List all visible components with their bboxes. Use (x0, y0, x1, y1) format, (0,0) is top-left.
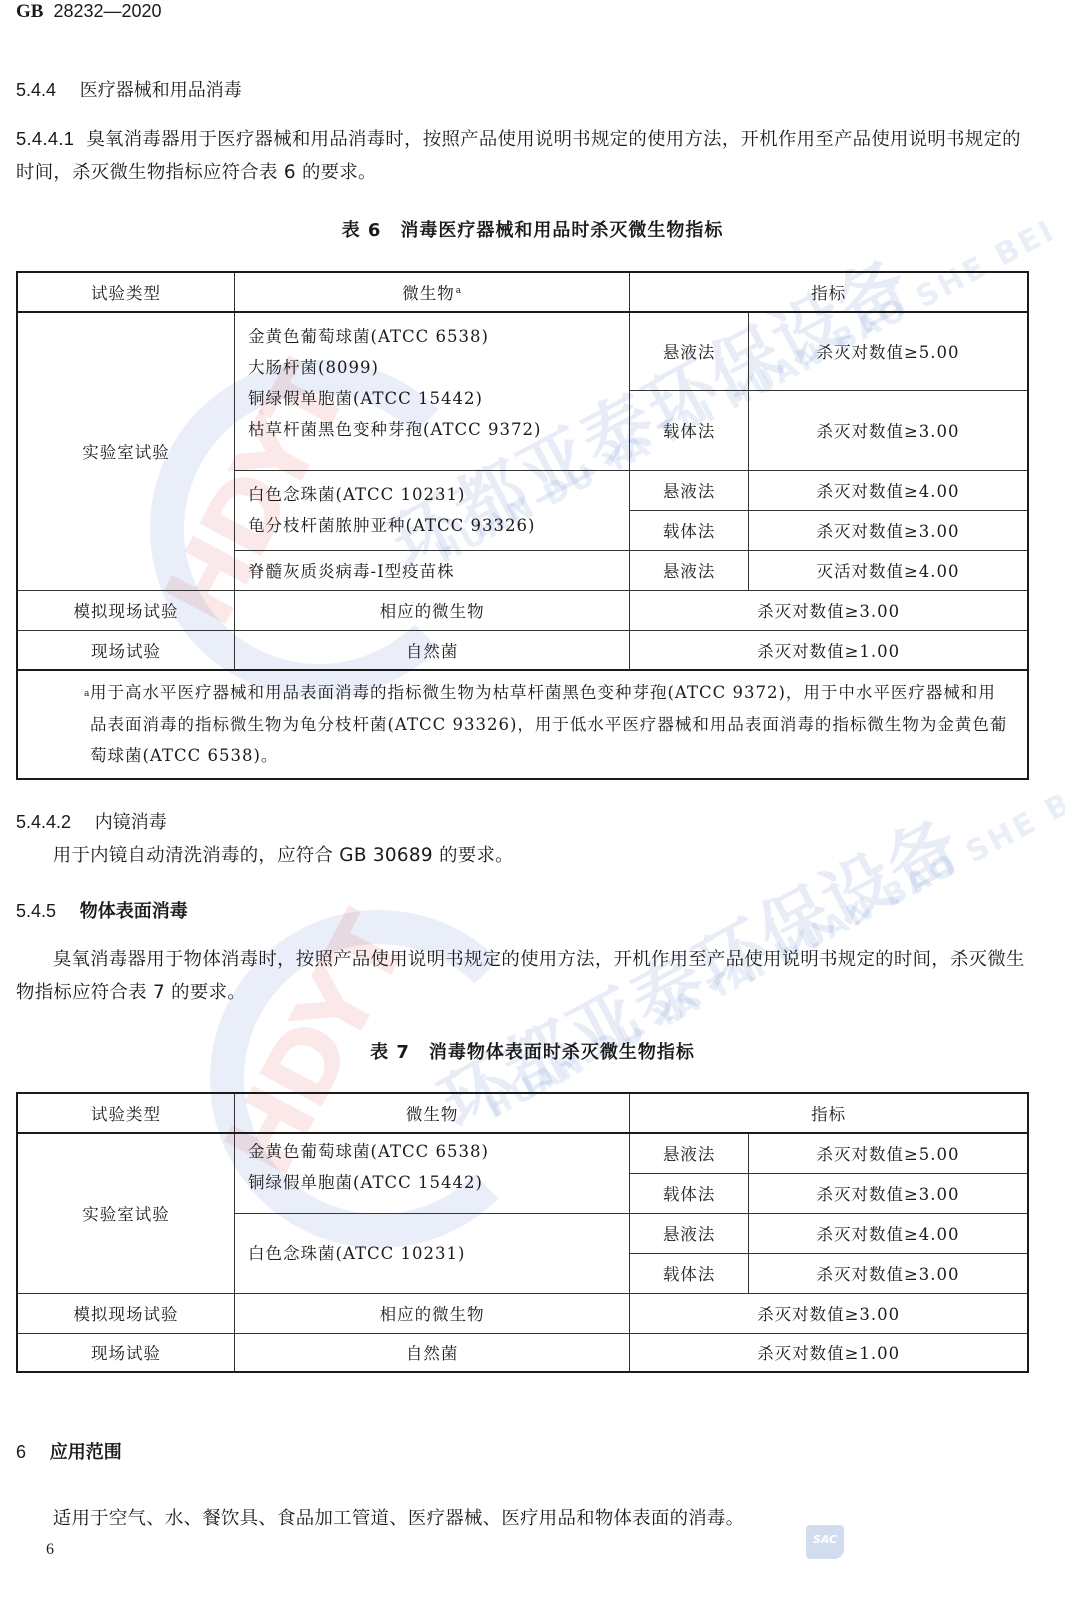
section-title: 物体表面消毒 (80, 901, 188, 922)
method-cell: 载体法 (630, 1173, 749, 1213)
field-value: 杀灭对数值≥1.00 (630, 1333, 1028, 1372)
method-cell: 载体法 (630, 390, 749, 470)
section-title: 内镜消毒 (95, 812, 167, 833)
lab-test-label: 实验室试验 (17, 1133, 235, 1293)
section-heading-5-4-4: 5.4.4 医疗器械和用品消毒 (16, 76, 242, 102)
standard-number: 28232—2020 (53, 1, 161, 21)
table-row: 实验室试验 金黄色葡萄球菌(ATCC 6538) 铜绿假单胞菌(ATCC 154… (17, 1133, 1028, 1173)
microbe-item: 大肠杆菌(8099) (248, 352, 629, 383)
header-microbe: 微生物 (235, 1093, 630, 1133)
field-microbe: 自然菌 (235, 630, 630, 670)
microbe-item: 脊髓灰质炎病毒-Ⅰ型疫苗株 (235, 550, 630, 590)
table-row-simulated: 模拟现场试验 相应的微生物 杀灭对数值≥3.00 (17, 1293, 1028, 1333)
microbe-list: 金黄色葡萄球菌(ATCC 6538) 大肠杆菌(8099) 铜绿假单胞菌(ATC… (235, 312, 630, 470)
header-indicator: 指标 (630, 1093, 1028, 1133)
standard-prefix: GB (16, 1, 43, 22)
section-heading-5-4-5: 5.4.5 物体表面消毒 (16, 897, 188, 923)
footnote-text: 用于高水平医疗器械和用品表面消毒的指标微生物为枯草杆菌黑色变种芽孢(ATCC 9… (70, 677, 1011, 772)
table-6: 试验类型 微生物a 指标 实验室试验 金黄色葡萄球菌(ATCC 6538) 大肠… (16, 271, 1029, 780)
value-cell: 杀灭对数值≥5.00 (749, 312, 1029, 390)
clause-text: 臭氧消毒器用于医疗器械和用品消毒时，按照产品使用说明书规定的使用方法，开机作用至… (16, 129, 1021, 183)
microbe-item: 金黄色葡萄球菌(ATCC 6538) (248, 1136, 629, 1167)
microbe-list: 白色念珠菌(ATCC 10231) (235, 1213, 630, 1293)
table-footnote: a 用于高水平医疗器械和用品表面消毒的指标微生物为枯草杆菌黑色变种芽孢(ATCC… (17, 670, 1028, 779)
microbe-item: 白色念珠菌(ATCC 10231) (248, 1238, 629, 1269)
simulated-microbe: 相应的微生物 (235, 590, 630, 630)
table-footnote-row: a 用于高水平医疗器械和用品表面消毒的指标微生物为枯草杆菌黑色变种芽孢(ATCC… (17, 670, 1028, 779)
paragraph-5-4-4-2: 用于内镜自动清洗消毒的，应符合 GB 30689 的要求。 (16, 839, 1031, 872)
standard-code: GB 28232—2020 (16, 0, 162, 23)
section-number: 5.4.5 (16, 901, 56, 922)
microbe-list: 白色念珠菌(ATCC 10231) 龟分枝杆菌脓肿亚种(ATCC 93326) (235, 470, 630, 550)
microbe-item: 龟分枝杆菌脓肿亚种(ATCC 93326) (248, 510, 629, 541)
value-cell: 杀灭对数值≥3.00 (749, 1253, 1029, 1293)
section-number: 6 (16, 1442, 26, 1463)
paragraph-5-4-5: 臭氧消毒器用于物体消毒时，按照产品使用说明书规定的使用方法，开机作用至产品使用说… (16, 943, 1031, 1009)
table-row: 实验室试验 金黄色葡萄球菌(ATCC 6538) 大肠杆菌(8099) 铜绿假单… (17, 312, 1028, 390)
method-cell: 悬液法 (630, 1133, 749, 1173)
microbe-item: 白色念珠菌(ATCC 10231) (248, 479, 629, 510)
table-6-caption: 表 6 消毒医疗器械和用品时杀灭微生物指标 (0, 216, 1065, 242)
section-number: 5.4.4 (16, 80, 56, 101)
method-cell: 悬液法 (630, 312, 749, 390)
sac-logo-icon: SAC (806, 1525, 844, 1559)
header-microbe: 微生物a (235, 272, 630, 312)
document-page: HDYT 环都亚泰环保设备 HUAN DU YA TAI HUAN BAO SH… (0, 0, 1065, 1600)
field-test-label: 现场试验 (17, 630, 235, 670)
footnote-mark: a (84, 679, 90, 711)
method-cell: 悬液法 (630, 1213, 749, 1253)
header-test-type: 试验类型 (17, 1093, 235, 1133)
method-cell: 悬液法 (630, 470, 749, 510)
simulated-value: 杀灭对数值≥3.00 (630, 590, 1028, 630)
paragraph-5-4-4-1: 5.4.4.1臭氧消毒器用于医疗器械和用品消毒时，按照产品使用说明书规定的使用方… (16, 122, 1031, 189)
table-row-field: 现场试验 自然菌 杀灭对数值≥1.00 (17, 1333, 1028, 1372)
table-row-simulated: 模拟现场试验 相应的微生物 杀灭对数值≥3.00 (17, 590, 1028, 630)
microbe-item: 金黄色葡萄球菌(ATCC 6538) (248, 321, 629, 352)
value-cell: 杀灭对数值≥4.00 (749, 470, 1029, 510)
table-header-row: 试验类型 微生物 指标 (17, 1093, 1028, 1133)
microbe-list: 金黄色葡萄球菌(ATCC 6538) 铜绿假单胞菌(ATCC 15442) (235, 1133, 630, 1213)
header-test-type: 试验类型 (17, 272, 235, 312)
simulated-test-label: 模拟现场试验 (17, 590, 235, 630)
microbe-item: 铜绿假单胞菌(ATCC 15442) (248, 1167, 629, 1198)
simulated-microbe: 相应的微生物 (235, 1293, 630, 1333)
footnote-mark: a (456, 286, 462, 296)
section-heading-5-4-4-2: 5.4.4.2 内镜消毒 (16, 808, 167, 834)
microbe-item: 铜绿假单胞菌(ATCC 15442) (248, 383, 629, 414)
header-indicator: 指标 (630, 272, 1028, 312)
simulated-test-label: 模拟现场试验 (17, 1293, 235, 1333)
value-cell: 杀灭对数值≥5.00 (749, 1133, 1029, 1173)
section-number: 5.4.4.2 (16, 812, 71, 833)
value-cell: 杀灭对数值≥4.00 (749, 1213, 1029, 1253)
value-cell: 杀灭对数值≥3.00 (749, 390, 1029, 470)
lab-test-label: 实验室试验 (17, 312, 235, 590)
clause-number: 5.4.4.1 (16, 128, 74, 149)
paragraph-6: 适用于空气、水、餐饮具、食品加工管道、医疗器械、医疗用品和物体表面的消毒。 (16, 1502, 1031, 1535)
value-cell: 灭活对数值≥4.00 (749, 550, 1029, 590)
method-cell: 载体法 (630, 510, 749, 550)
field-microbe: 自然菌 (235, 1333, 630, 1372)
field-value: 杀灭对数值≥1.00 (630, 630, 1028, 670)
method-cell: 悬液法 (630, 550, 749, 590)
section-heading-6: 6 应用范围 (16, 1438, 122, 1464)
value-cell: 杀灭对数值≥3.00 (749, 1173, 1029, 1213)
page-number: 6 (46, 1541, 54, 1559)
method-cell: 载体法 (630, 1253, 749, 1293)
table-7-caption: 表 7 消毒物体表面时杀灭微生物指标 (0, 1038, 1065, 1064)
section-title: 医疗器械和用品消毒 (80, 80, 242, 101)
value-cell: 杀灭对数值≥3.00 (749, 510, 1029, 550)
section-title: 应用范围 (50, 1442, 122, 1463)
table-7: 试验类型 微生物 指标 实验室试验 金黄色葡萄球菌(ATCC 6538) 铜绿假… (16, 1092, 1029, 1373)
table-row-field: 现场试验 自然菌 杀灭对数值≥1.00 (17, 630, 1028, 670)
table-header-row: 试验类型 微生物a 指标 (17, 272, 1028, 312)
microbe-item: 枯草杆菌黑色变种芽孢(ATCC 9372) (248, 414, 629, 445)
field-test-label: 现场试验 (17, 1333, 235, 1372)
simulated-value: 杀灭对数值≥3.00 (630, 1293, 1028, 1333)
